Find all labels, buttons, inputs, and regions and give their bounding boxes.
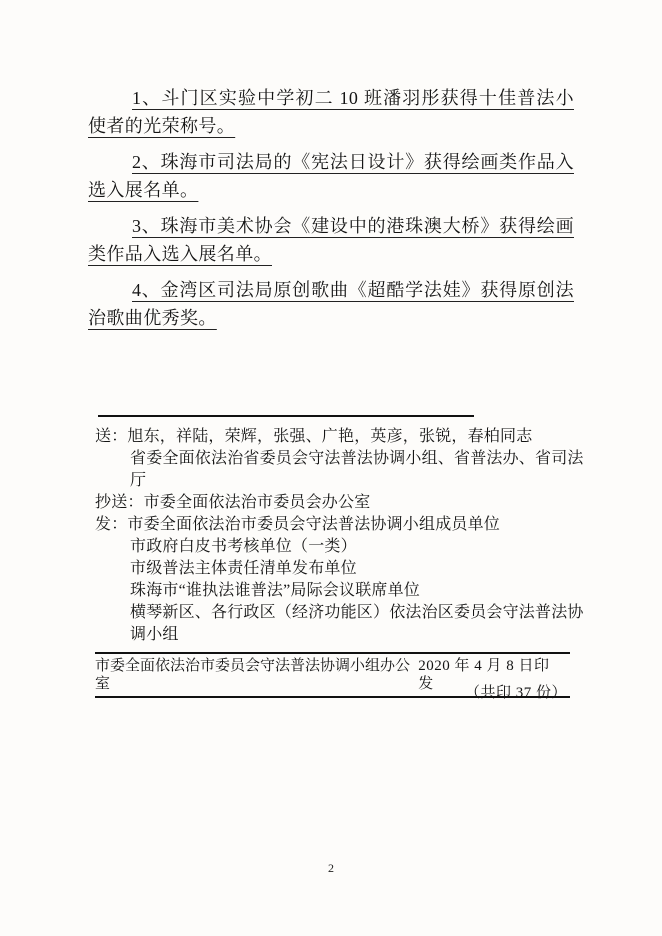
- document-body: 1、斗门区实验中学初二 10 班潘羽彤获得十佳普法小使者的光荣称号。 2、珠海市…: [88, 84, 574, 340]
- copies-count: （共印 37 份）: [465, 684, 567, 702]
- distribution-block: 送：旭东，祥陆，荣辉，张强、广艳，英彦，张锐，春柏同志 省委全面依法治省委员会守…: [95, 415, 570, 646]
- issuing-office: 市委全面依法治市委员会守法普法协调小组办公室: [95, 657, 418, 693]
- award-item-3: 3、珠海市美术协会《建设中的港珠澳大桥》获得绘画类作品入选入展名单。: [88, 212, 574, 268]
- send-to-line-wrap-2: 厅: [95, 470, 570, 492]
- award-item-2: 2、珠海市司法局的《宪法日设计》获得绘画类作品入选入展名单。: [88, 148, 574, 204]
- award-item-1: 1、斗门区实验中学初二 10 班潘羽彤获得十佳普法小使者的光荣称号。: [88, 84, 574, 140]
- issue-to-line-2: 市政府白皮书考核单位（一类）: [95, 536, 570, 558]
- document-page: 1、斗门区实验中学初二 10 班潘羽彤获得十佳普法小使者的光荣称号。 2、珠海市…: [0, 0, 662, 936]
- separator-rule-top: [98, 415, 474, 417]
- send-to-line: 送：旭东，祥陆，荣辉，张强、广艳，英彦，张锐，春柏同志: [95, 426, 570, 448]
- copy-to-line: 抄送：市委全面依法治市委员会办公室: [95, 492, 570, 514]
- send-to-line-wrap-1: 省委全面依法治省委员会守法普法协调小组、省普法办、省司法: [95, 448, 570, 470]
- award-item-4: 4、金湾区司法局原创歌曲《超酷学法娃》获得原创法治歌曲优秀奖。: [88, 276, 574, 332]
- issue-to-line-4: 珠海市“谁执法谁普法”局际会议联席单位: [95, 580, 570, 602]
- issue-to-line: 发：市委全面依法治市委员会守法普法协调小组成员单位: [95, 514, 570, 536]
- issue-to-line-5: 横琴新区、各行政区（经济功能区）依法治区委员会守法普法协: [95, 602, 570, 624]
- issue-to-line-5-wrap: 调小组: [95, 624, 570, 646]
- issue-to-line-3: 市级普法主体责任清单发布单位: [95, 558, 570, 580]
- page-number: 2: [0, 861, 662, 876]
